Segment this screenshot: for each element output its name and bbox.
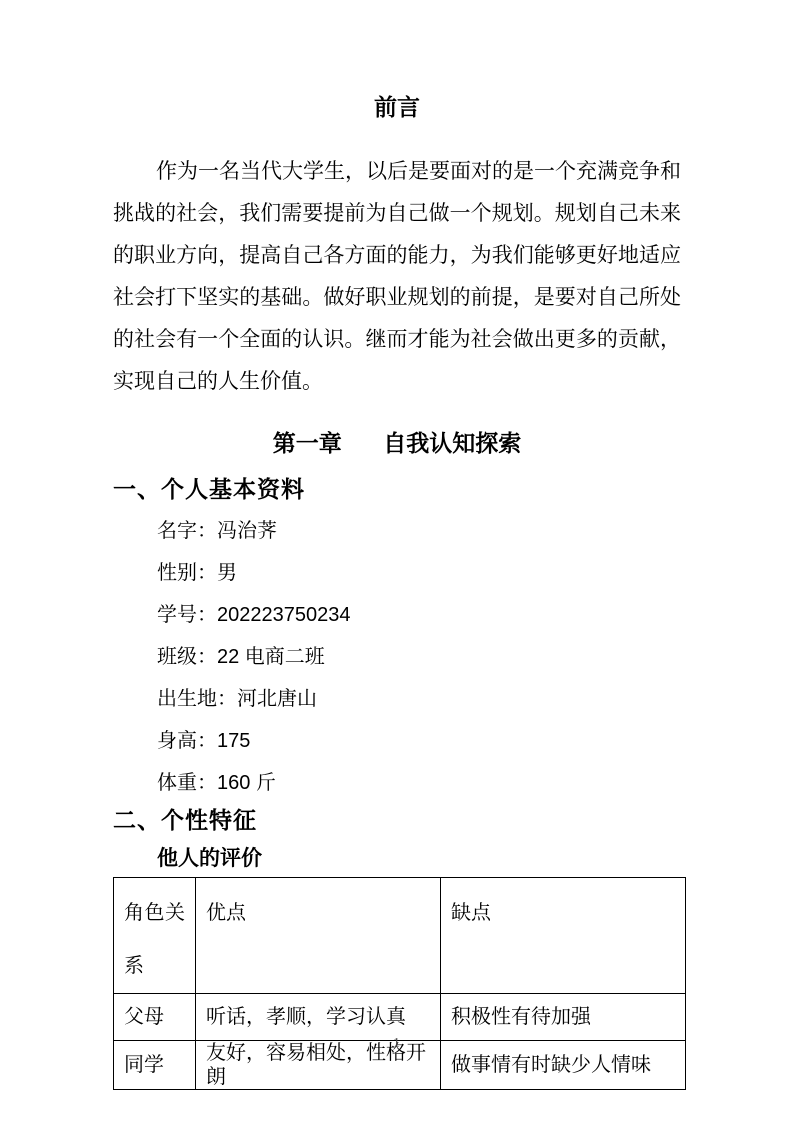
info-value: 冯治荠 xyxy=(217,520,277,542)
info-label: 身高： xyxy=(157,730,217,752)
info-line-name: 名字：冯治荠 xyxy=(157,510,681,552)
subsection-heading-others-evaluation: 他人的评价 xyxy=(157,846,681,872)
intro-paragraph: 作为一名当代大学生，以后是要面对的是一个充满竞争和挑战的社会，我们需要提前为自己… xyxy=(113,150,681,402)
info-value: 男 xyxy=(217,562,237,584)
personal-info-list: 名字：冯治荠 性别：男 学号：202223750234 班级：22 电商二班 出… xyxy=(157,510,681,804)
info-line-weight: 体重：160 斤 xyxy=(157,762,681,804)
doc-title: 前言 xyxy=(113,0,681,122)
section-heading-personality: 二、个性特征 xyxy=(113,806,681,834)
info-value: 175 xyxy=(217,730,250,752)
info-label: 性别： xyxy=(157,562,217,584)
info-value: 202223750234 xyxy=(217,604,350,626)
section-heading-personal-info: 一、个人基本资料 xyxy=(113,474,681,504)
info-value: 河北唐山 xyxy=(237,688,317,710)
chapter-number: 第一章 xyxy=(273,430,342,456)
table-header-row: 角色关系 优点 缺点 xyxy=(114,878,686,994)
table-header-role: 角色关系 xyxy=(114,878,196,994)
chapter-title: 自我认知探索 xyxy=(383,430,521,456)
info-value: 22 电商二班 xyxy=(217,646,325,668)
info-line-student-id: 学号：202223750234 xyxy=(157,594,681,636)
evaluation-table: 角色关系 优点 缺点 父母 听话，孝顺，学习认真 积极性有待加强 同学 友好，容… xyxy=(113,877,686,1090)
info-label: 体重： xyxy=(157,772,217,794)
info-line-gender: 性别：男 xyxy=(157,552,681,594)
chapter-heading: 第一章自我认知探索 xyxy=(113,428,681,458)
info-label: 出生地： xyxy=(157,688,237,710)
table-header-cons: 缺点 xyxy=(441,878,686,994)
table-cell-pros: 听话，孝顺，学习认真 xyxy=(196,994,441,1041)
info-line-class: 班级：22 电商二班 xyxy=(157,636,681,678)
table-cell-role: 父母 xyxy=(114,994,196,1041)
info-label: 名字： xyxy=(157,520,217,542)
info-line-height: 身高：175 xyxy=(157,720,681,762)
info-label: 学号： xyxy=(157,604,217,626)
info-value: 160 斤 xyxy=(217,772,276,794)
info-line-birthplace: 出生地：河北唐山 xyxy=(157,678,681,720)
table-cell-cons: 积极性有待加强 xyxy=(441,994,686,1041)
page-number: 1 xyxy=(0,1036,793,1052)
document-page: 前言 作为一名当代大学生，以后是要面对的是一个充满竞争和挑战的社会，我们需要提前… xyxy=(0,0,793,1122)
info-label: 班级： xyxy=(157,646,217,668)
table-header-pros: 优点 xyxy=(196,878,441,994)
table-row-parents: 父母 听话，孝顺，学习认真 积极性有待加强 xyxy=(114,994,686,1041)
